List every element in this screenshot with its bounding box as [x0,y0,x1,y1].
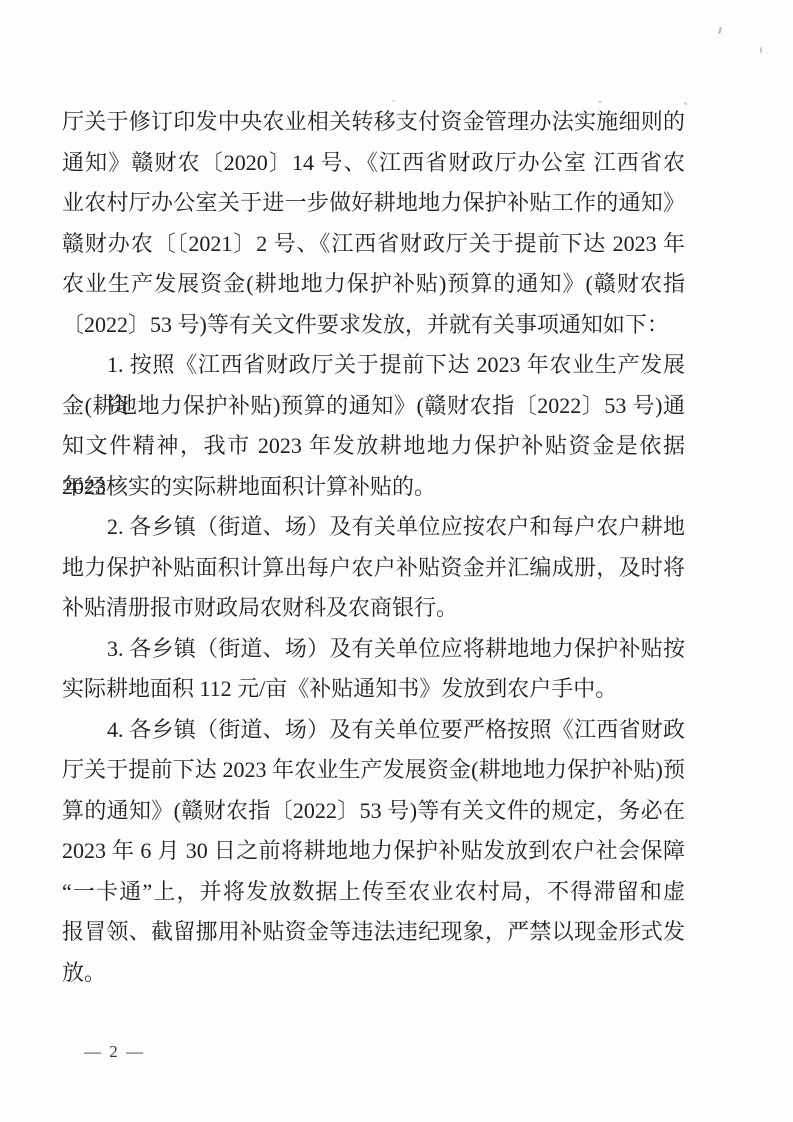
document-line: 2. 各乡镇（街道、场）及有关单位应按农户和每户农户耕地 [62,507,685,548]
page-number: — 2 — [84,1042,145,1062]
document-line: 农业生产发展资金(耕地地力保护补贴)预算的通知》(赣财农指 [62,264,685,305]
document-line: 2023 年 6 月 30 日之前将耕地地力保护补贴发放到农户社会保障 [62,831,685,872]
document-line: 1. 按照《江西省财政厅关于提前下达 2023 年农业生产发展资 [62,345,685,386]
document-line: “一卡通”上，并将发放数据上传至农业农村局，不得滞留和虚 [62,872,685,913]
document-body: 厅关于修订印发中央农业相关转移支付资金管理办法实施细则的通知》赣财农〔2020〕… [62,102,685,993]
document-line: 补贴清册报市财政局农财科及农商银行。 [62,588,685,629]
document-line: 金(耕地地力保护补贴)预算的通知》(赣财农指〔2022〕53 号)通 [62,386,685,427]
document-line: 通知》赣财农〔2020〕14 号、《江西省财政厅办公室 江西省农 [62,143,685,184]
document-line: 算的通知》(赣财农指〔2022〕53 号)等有关文件的规定，务必在 [62,791,685,832]
document-line: 赣财办农〔〔2021〕2 号、《江西省财政厅关于提前下达 2023 年 [62,224,685,265]
document-line: 知文件精神，我市 2023 年发放耕地地力保护补贴资金是依据 2023 [62,426,685,467]
document-line: 报冒领、截留挪用补贴资金等违法违纪现象，严禁以现金形式发 [62,912,685,953]
document-line: 3. 各乡镇（街道、场）及有关单位应将耕地地力保护补贴按 [62,629,685,670]
document-line: 〔2022〕53 号)等有关文件要求发放，并就有关事项通知如下： [62,305,685,346]
document-line: 4. 各乡镇（街道、场）及有关单位要严格按照《江西省财政 [62,710,685,751]
document-line: 地力保护补贴面积计算出每户农户补贴资金并汇编成册，及时将 [62,548,685,589]
scan-speck [760,47,763,53]
document-line: 实际耕地面积 112 元/亩《补贴通知书》发放到农户手中。 [62,669,685,710]
document-line: 厅关于提前下达 2023 年农业生产发展资金(耕地地力保护补贴)预 [62,750,685,791]
document-page: 厅关于修订印发中央农业相关转移支付资金管理办法实施细则的通知》赣财农〔2020〕… [0,0,793,1122]
document-line: 放。 [62,953,685,994]
document-line: 厅关于修订印发中央农业相关转移支付资金管理办法实施细则的 [62,102,685,143]
scan-speck [718,27,722,34]
document-line: 年经核实的实际耕地面积计算补贴的。 [62,467,685,508]
document-line: 业农村厅办公室关于进一步做好耕地地力保护补贴工作的通知》 [62,183,685,224]
